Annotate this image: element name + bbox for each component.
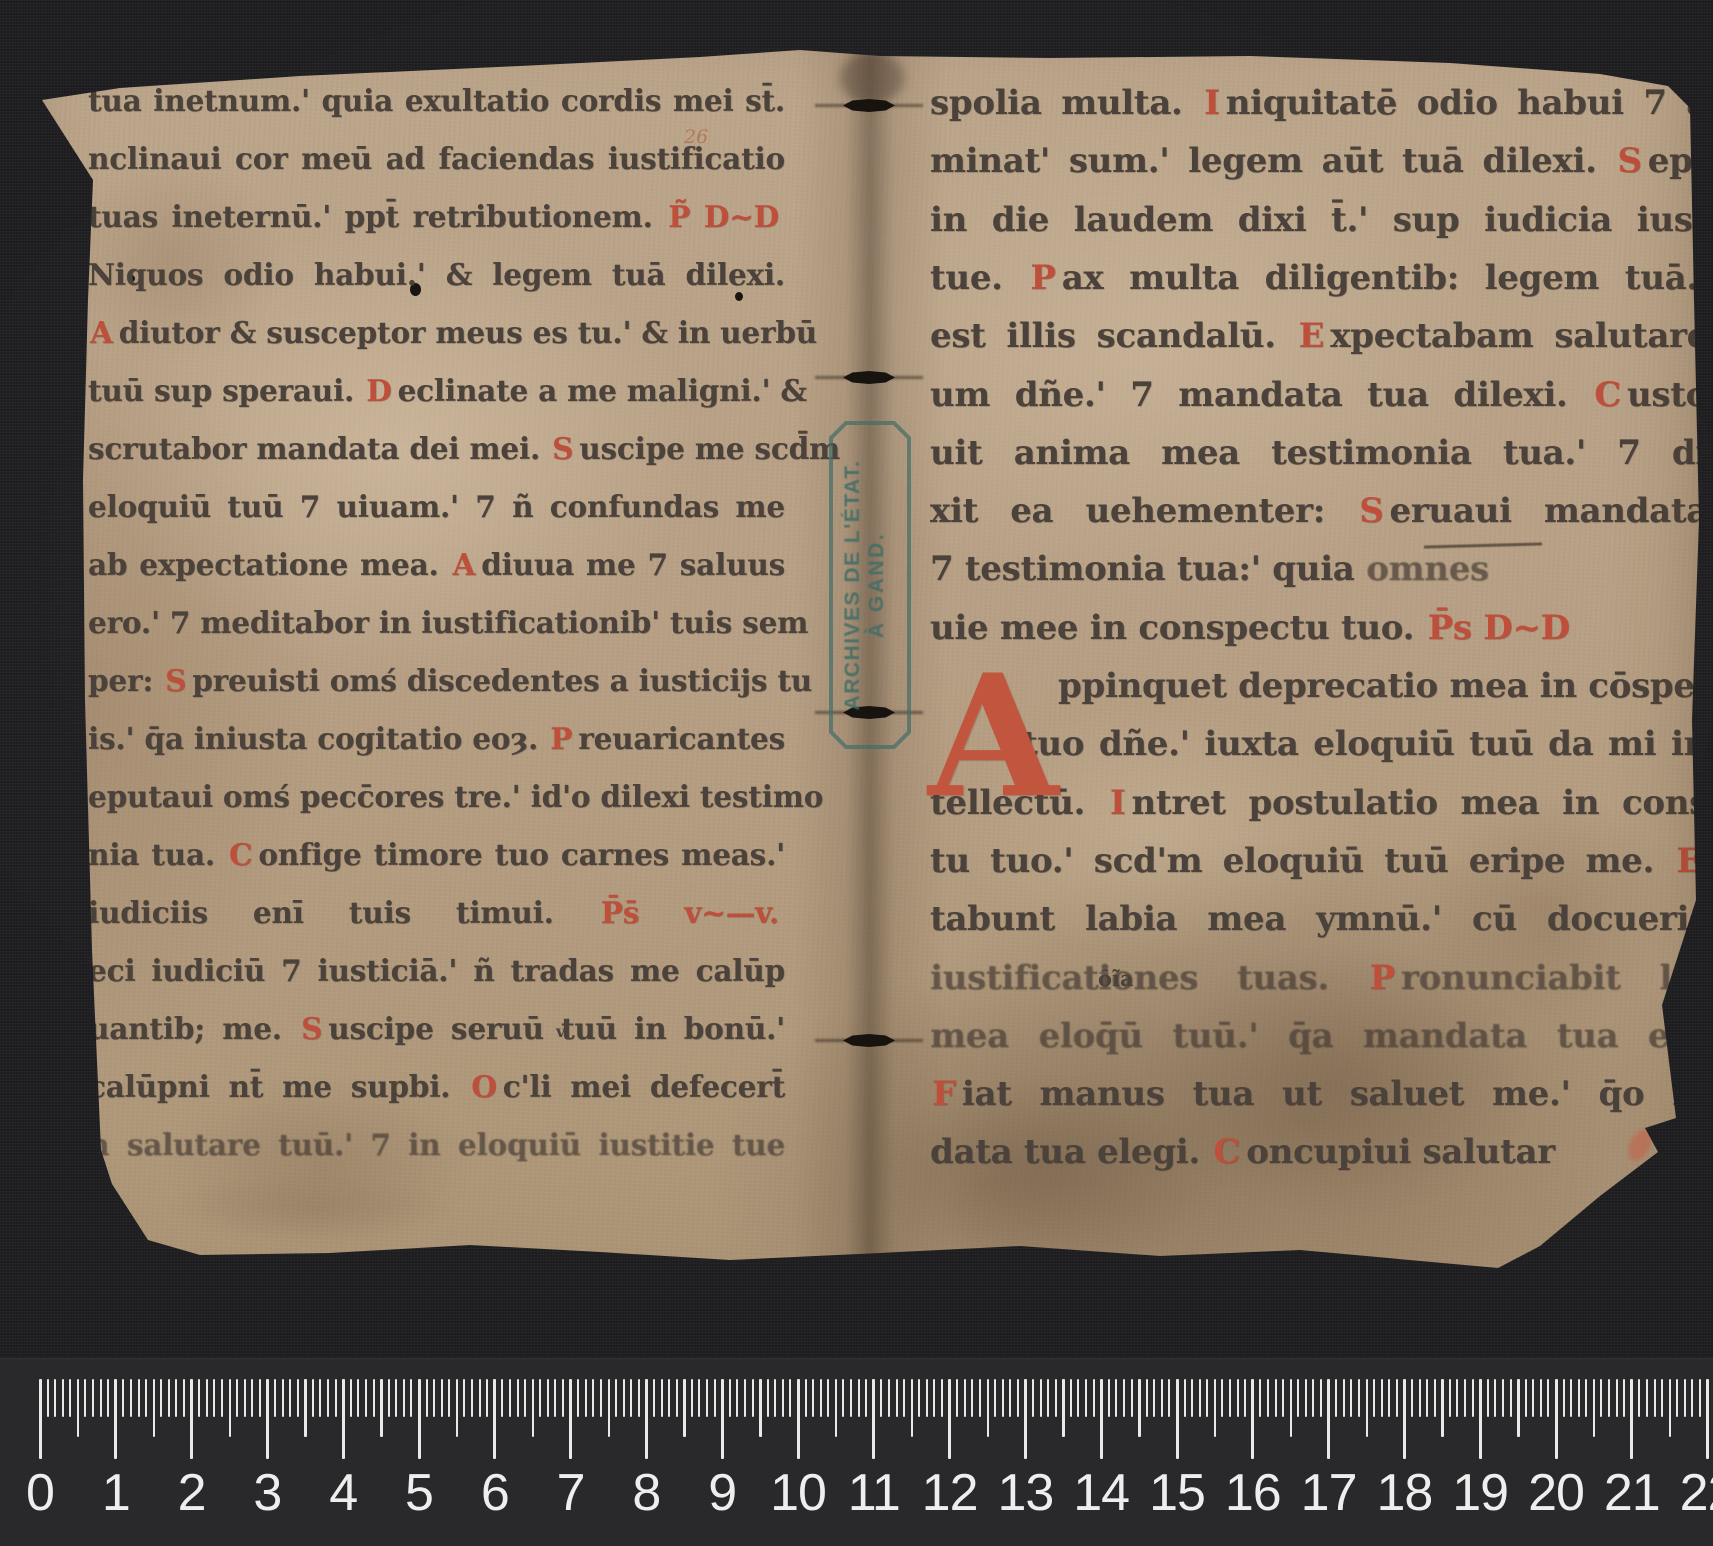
ruler-tick [1040, 1379, 1042, 1417]
left-page-text-column: tua inetnum.' quia exultatio cordis mei … [88, 0, 785, 1250]
ruler-tick [721, 1379, 724, 1459]
ruler-tick [1108, 1379, 1110, 1417]
text-line: uantib; me. Suscipe seruū tuū in bonū.' [88, 1004, 785, 1062]
ruler-tick [1161, 1379, 1163, 1417]
ruler-tick [1343, 1379, 1345, 1417]
ruler-number: 18 [1376, 1463, 1432, 1523]
rubric-text: I [1204, 83, 1220, 123]
ruler-tick [1100, 1379, 1103, 1459]
ruler-tick [1585, 1379, 1587, 1417]
ruler-tick [1616, 1379, 1618, 1417]
ruler-tick [1047, 1379, 1049, 1417]
ruler-tick [714, 1379, 716, 1417]
ruler-tick [259, 1379, 261, 1417]
ruler-tick [729, 1379, 731, 1417]
ruler-tick [956, 1379, 958, 1417]
ruler-tick [388, 1379, 390, 1417]
ink-text: onfige timore tuo carnes meas.' [258, 837, 785, 872]
ink-text: 7 testimonia tua:' quia [930, 549, 1366, 589]
ruler-tick [251, 1379, 253, 1417]
ruler-tick [198, 1379, 200, 1417]
ruler-tick [357, 1379, 359, 1417]
ruler-tick [1115, 1379, 1117, 1417]
ink-text: ntret postulatio mea in cons [1132, 783, 1709, 823]
ruler-number: 12 [922, 1463, 978, 1523]
ruler-tick [493, 1379, 496, 1459]
ink-text: iudiciis enī tuis timui. [88, 895, 599, 930]
ruler-tick [1077, 1379, 1079, 1417]
ruler-tick [168, 1379, 170, 1417]
ruler-tick [842, 1379, 844, 1417]
ink-text: minat' sum.' legem aūt tuā dilexi. [930, 141, 1616, 181]
ruler-tick [1123, 1379, 1125, 1417]
ruler-tick [1555, 1379, 1558, 1459]
rubric-text: O [471, 1069, 497, 1104]
ink-text: ero.' 7 meditabor in iustificationib' tu… [88, 605, 808, 640]
ruler-tick [479, 1379, 481, 1417]
ink-text: tabunt labia mea ymnū.' cū docueris [930, 899, 1708, 939]
ink-text: usto [1627, 375, 1708, 415]
rubric-text: P [1030, 258, 1055, 298]
ruler-tick [47, 1379, 49, 1417]
ruler-tick [964, 1379, 966, 1417]
ruler-tick [1024, 1379, 1027, 1459]
ink-text: iat manus tua ut saluet me.' q̄o m [962, 1074, 1708, 1114]
ruler-tick [797, 1379, 800, 1459]
ink-text: tuo dñe.' iuxta eloquiū tuū da mi in [1022, 724, 1708, 764]
ruler-tick [1623, 1379, 1625, 1417]
ruler-tick [418, 1379, 421, 1459]
ink-text: tuū sup speraui. [88, 373, 364, 408]
ink-text: Niquos odio habui.' & legem tuā dilexi. [88, 257, 785, 292]
ruler-tick [1184, 1379, 1186, 1417]
ruler-tick [153, 1379, 156, 1437]
ruler-tick [1055, 1379, 1057, 1417]
text-line: Fiat manus tua ut saluet me.' q̄o m [930, 1069, 1708, 1127]
ruler-tick [1669, 1379, 1672, 1437]
ruler-tick [623, 1379, 625, 1417]
text-line: is.' q̄a iniusta cogitatio eoȝ. Preuaric… [88, 714, 785, 772]
ruler-number: 16 [1225, 1463, 1281, 1523]
ruler-tick [1706, 1379, 1709, 1459]
ink-text: nclinaui cor meū ad faciendas iustificat… [88, 141, 785, 176]
ruler-tick [1153, 1379, 1155, 1417]
ruler-tick [767, 1379, 769, 1417]
ruler-tick [585, 1379, 587, 1417]
ink-text: tuas ineternū.' ppt̄ retributionem. [88, 199, 666, 234]
ink-text: ppinquet deprecatio mea in cōspect [1058, 666, 1713, 706]
ruler-tick [122, 1379, 124, 1417]
ruler-tick [426, 1379, 428, 1417]
text-line: 7 testimonia tua:' quia omnes [930, 544, 1708, 602]
ruler-tick [1600, 1379, 1602, 1417]
ruler-tick [1699, 1379, 1701, 1417]
interlinear-correction: v [556, 1022, 565, 1041]
ruler-tick [1661, 1379, 1663, 1417]
ruler-tick [274, 1379, 276, 1417]
ruler-tick [1426, 1379, 1428, 1417]
ruler-tick [524, 1379, 526, 1417]
ruler-tick [608, 1379, 611, 1437]
ruler-tick [676, 1379, 678, 1417]
ruler-tick [1221, 1379, 1223, 1417]
rubric-text: P̄s D~D [1428, 608, 1570, 648]
ruler-tick [1630, 1379, 1633, 1459]
text-line: tu tuo.' scd'm eloquiū tuū eripe me. E [930, 836, 1708, 894]
text-line: tuas ineternū.' ppt̄ retributionem. P̃ D… [88, 192, 785, 250]
ruler-number: 4 [329, 1463, 357, 1523]
ruler-tick [517, 1379, 519, 1417]
ink-text: tue. [930, 258, 1028, 298]
ruler-tick [1327, 1379, 1330, 1459]
ink-text: mea eloq̄ū tuū.' q̄a mandata tua eq̄t [930, 1016, 1708, 1056]
ruler-tick [1282, 1379, 1284, 1417]
rubric-text: S [1618, 141, 1642, 181]
large-red-initial-A: A [928, 652, 1058, 820]
ruler-tick [872, 1379, 875, 1459]
text-line: nclinaui cor meū ad faciendas iustificat… [88, 134, 785, 192]
ruler-tick [145, 1379, 147, 1417]
ruler-tick [774, 1379, 776, 1417]
ruler-tick [1259, 1379, 1261, 1417]
ink-text: eruaui mandata [1389, 491, 1708, 531]
ink-text: est illis scandalū. [930, 316, 1297, 356]
ruler-tick [441, 1379, 443, 1417]
ruler-tick [1494, 1379, 1496, 1417]
ruler-tick [600, 1379, 602, 1417]
ruler-tick [1593, 1379, 1596, 1437]
ruler-tick [941, 1379, 943, 1417]
ruler-tick [1525, 1379, 1527, 1417]
ruler-tick [1411, 1379, 1413, 1417]
ruler-tick [403, 1379, 405, 1417]
ink-text: uscipe me scd̄m [579, 431, 840, 466]
text-line: uit anima mea testimonia tua.' 7 di [930, 428, 1708, 486]
ruler-tick [1229, 1379, 1231, 1417]
rubric-text: P̃ D~D [668, 199, 779, 234]
ruler-number: 19 [1452, 1463, 1508, 1523]
ruler-tick [319, 1379, 321, 1417]
ruler-tick [1320, 1379, 1322, 1417]
ink-text: ab expectatione mea. [88, 547, 451, 582]
ruler-tick [244, 1379, 246, 1417]
ink-text: omnes [1366, 549, 1489, 589]
ruler-tick [911, 1379, 914, 1437]
text-line: n salutare tuū.' 7 in eloquiū iustitie t… [88, 1120, 785, 1178]
fold-top-smudge [840, 52, 904, 104]
text-line: iustificationes tuas. Pronunciabit lig [930, 953, 1708, 1011]
ruler-tick [645, 1379, 648, 1459]
ink-text: reuaricantes [578, 721, 785, 756]
ruler-tick [206, 1379, 208, 1417]
ruler-tick [486, 1379, 488, 1417]
ruler-tick [213, 1379, 215, 1417]
ruler-number: 20 [1528, 1463, 1584, 1523]
ink-text: xit ea uehementer: [930, 491, 1357, 531]
ruler-tick [1085, 1379, 1087, 1417]
ink-text: data tua elegi. [930, 1132, 1211, 1172]
ruler-tick [1381, 1379, 1383, 1417]
rubric-text: C [229, 837, 252, 872]
ruler-tick [1654, 1379, 1656, 1417]
ruler-tick [138, 1379, 140, 1417]
ink-text: c'li mei defecert̄ [503, 1069, 785, 1104]
rubric-text: P [550, 721, 572, 756]
ink-text: per: [88, 663, 163, 698]
ruler-tick [1472, 1379, 1474, 1417]
ruler-tick [615, 1379, 617, 1417]
ruler-tick [100, 1379, 102, 1417]
ruler-tick [1251, 1379, 1254, 1459]
ink-text: ept [1648, 141, 1708, 181]
ruler-tick [69, 1379, 71, 1417]
ruler-tick [456, 1379, 459, 1437]
rubric-text: C [1594, 375, 1621, 415]
ruler-tick [1547, 1379, 1549, 1417]
ruler-tick [638, 1379, 640, 1417]
ruler-tick [835, 1379, 838, 1437]
text-line: Niquos odio habui.' & legem tuā dilexi. [88, 250, 785, 308]
ruler-tick [1510, 1379, 1512, 1417]
ruler-tick [342, 1379, 345, 1459]
ruler-tick [1479, 1379, 1482, 1459]
ruler-tick [1312, 1379, 1314, 1417]
ruler-tick [1070, 1379, 1072, 1417]
ruler-tick [114, 1379, 117, 1459]
text-line: per: Spreuisti omś discedentes a iustici… [88, 656, 785, 714]
ruler-tick [1578, 1379, 1580, 1417]
ruler-tick [84, 1379, 86, 1417]
text-line: ab expectatione mea. Adiuua me 7 saluus [88, 540, 785, 598]
ink-text: eclinate a me maligni.' & [398, 373, 807, 408]
ruler-number: 14 [1073, 1463, 1129, 1523]
ruler-tick [62, 1379, 64, 1417]
rubric-text: F [932, 1074, 956, 1114]
ruler-tick [805, 1379, 807, 1417]
ruler-tick [896, 1379, 898, 1417]
ruler-tick [1032, 1379, 1034, 1417]
ruler-tick [661, 1379, 663, 1417]
ruler-tick [706, 1379, 708, 1417]
text-line: eci iudiciū 7 iusticiā.' ñ tradas me cal… [88, 946, 785, 1004]
ink-text: xpectabam salutare [1330, 316, 1708, 356]
ink-text: diuua me 7 saluus [481, 547, 785, 582]
ruler-tick [395, 1379, 397, 1417]
text-line: um dñe.' 7 mandata tua dilexi. Custo [930, 370, 1708, 428]
ink-text: in die laudem dixi t̄.' sup iudicia iust [930, 200, 1708, 240]
ruler-tick [630, 1379, 632, 1417]
interlinear-gloss: ōĩa [1098, 966, 1134, 991]
ink-text: n salutare tuū.' 7 in eloquiū iustitie t… [88, 1127, 785, 1162]
text-line: scrutabor mandata dei mei. Suscipe me sc… [88, 424, 785, 482]
marginal-mark: 26 [684, 126, 708, 148]
ruler-tick [752, 1379, 754, 1417]
ruler-tick [1138, 1379, 1141, 1437]
ruler-tick [54, 1379, 56, 1417]
ink-text: iustificationes tuas. [930, 958, 1368, 998]
ruler-tick [350, 1379, 352, 1417]
ruler-tick [1350, 1379, 1352, 1417]
ink-text: uantib; me. [88, 1011, 299, 1046]
text-line: spolia multa. Iniquitatē odio habui 7 a [930, 78, 1708, 136]
ruler-tick [569, 1379, 572, 1459]
ruler-number: 21 [1604, 1463, 1660, 1523]
ruler-tick [1191, 1379, 1193, 1417]
ink-text: um dñe.' 7 mandata tua dilexi. [930, 375, 1592, 415]
ruler-tick [1419, 1379, 1421, 1417]
rubric-text: S [552, 431, 573, 466]
ruler-tick [1396, 1379, 1398, 1417]
ruler-tick [926, 1379, 928, 1417]
ruler-tick [282, 1379, 284, 1417]
ruler-tick [1206, 1379, 1208, 1417]
ruler-tick [1563, 1379, 1565, 1417]
ruler-tick [433, 1379, 435, 1417]
rubric-text: C [1213, 1132, 1240, 1172]
ruler-tick [782, 1379, 784, 1417]
ruler-tick [289, 1379, 291, 1417]
text-line: xit ea uehementer: Seruaui mandata [930, 486, 1708, 544]
ruler-tick [1168, 1379, 1170, 1417]
ruler-number: 17 [1301, 1463, 1357, 1523]
ruler-tick [1608, 1379, 1610, 1417]
rubric-text: E [1299, 316, 1325, 356]
ruler-number: 9 [708, 1463, 736, 1523]
ruler-tick [858, 1379, 860, 1417]
ruler-number: 0 [26, 1463, 54, 1523]
text-line: mea eloq̄ū tuū.' q̄a mandata tua eq̄t [930, 1011, 1708, 1069]
ruler-tick [1244, 1379, 1246, 1417]
archive-stamp: ARCHIVES DE L'ÉTAT. À GAND. [828, 420, 912, 750]
ruler-tick [509, 1379, 511, 1417]
ruler-tick [1275, 1379, 1277, 1417]
ruler-tick [107, 1379, 109, 1417]
ruler-tick [744, 1379, 746, 1417]
ruler-tick [1373, 1379, 1375, 1417]
ruler-tick [190, 1379, 193, 1459]
ruler-tick [1487, 1379, 1489, 1417]
ink-text: niquitatē odio habui 7 a [1226, 83, 1708, 123]
ruler-tick [918, 1379, 920, 1417]
ink-text: oncupiui salutar [1246, 1132, 1555, 1172]
ruler-tick [691, 1379, 693, 1417]
rubric-text: D [366, 373, 391, 408]
ink-text: eloquiū tuū 7 uiuam.' 7 ñ confundas me [88, 489, 785, 524]
ink-text: nia tua. [88, 837, 227, 872]
ruler-tick [1366, 1379, 1369, 1437]
text-line: tua inetnum.' quia exultatio cordis mei … [88, 76, 785, 134]
ruler-tick [448, 1379, 450, 1417]
ruler-tick [888, 1379, 890, 1417]
ruler-tick [312, 1379, 314, 1417]
ruler-tick [653, 1379, 655, 1417]
ruler-tick [532, 1379, 535, 1437]
ruler-tick [1237, 1379, 1239, 1417]
ruler-tick [1676, 1379, 1678, 1417]
ruler-number: 22 [1680, 1463, 1713, 1523]
ruler-tick [1434, 1379, 1436, 1417]
ruler-number: 5 [405, 1463, 433, 1523]
ruler-tick [1388, 1379, 1390, 1417]
ruler-tick [365, 1379, 367, 1417]
ruler-tick [933, 1379, 935, 1417]
ruler-tick [668, 1379, 670, 1417]
ruler-tick [380, 1379, 383, 1437]
ruler-tick [1146, 1379, 1148, 1417]
ink-text: eputaui omś pecc̄ores tre.' id'o dilexi … [88, 779, 823, 814]
rubric-text: I [1110, 783, 1126, 823]
pencil-folio-number-left: 772- [329, 45, 389, 76]
ruler-tick [789, 1379, 791, 1417]
ink-text: uit anima mea testimonia tua.' 7 di [930, 433, 1708, 473]
ruler-tick [1267, 1379, 1269, 1417]
ruler-tick [683, 1379, 686, 1437]
ruler-tick [183, 1379, 185, 1417]
text-line: calūpni nt̄ me supbi. Oc'li mei defecert… [88, 1062, 785, 1120]
ruler-tick [994, 1379, 996, 1417]
ruler-tick [577, 1379, 579, 1417]
ink-text: eci iudiciū 7 iusticiā.' ñ tradas me cal… [88, 953, 785, 988]
ruler-tick [1176, 1379, 1179, 1459]
ruler-tick [865, 1379, 867, 1417]
ruler-tick [1502, 1379, 1504, 1417]
ruler-number: 1 [102, 1463, 130, 1523]
ruler-tick [1684, 1379, 1686, 1417]
ruler-tick [160, 1379, 162, 1417]
ink-text: tua inetnum.' quia exultatio cordis mei … [88, 83, 785, 118]
ruler-number: 7 [557, 1463, 585, 1523]
ruler-tick [987, 1379, 990, 1437]
ruler-tick [236, 1379, 238, 1417]
ruler-tick [1638, 1379, 1640, 1417]
ruler-tick [373, 1379, 375, 1417]
ruler-tick [979, 1379, 981, 1417]
ruler-tick [554, 1379, 556, 1417]
ruler-tick [539, 1379, 541, 1417]
ruler-tick [1093, 1379, 1095, 1417]
ruler-number: 3 [253, 1463, 281, 1523]
ink-text: scrutabor mandata dei mei. [88, 431, 550, 466]
ruler-tick [903, 1379, 905, 1417]
ink-text: ronunciabit lig [1401, 958, 1708, 998]
text-line: eputaui omś pecc̄ores tre.' id'o dilexi … [88, 772, 785, 830]
ruler-tick [327, 1379, 329, 1417]
ruler-tick [471, 1379, 473, 1417]
ruler-tick [130, 1379, 132, 1417]
ruler-tick [1456, 1379, 1458, 1417]
rubric-text: A [90, 315, 113, 350]
ruler-number: 6 [481, 1463, 509, 1523]
ruler-tick [1214, 1379, 1217, 1437]
text-line: iudiciis enī tuis timui. P̄s̄ v~—v. [88, 888, 785, 946]
ruler-tick [1532, 1379, 1534, 1417]
ink-text: diutor & susceptor meus es tu.' & in uer… [119, 315, 817, 350]
rubric-text: P [1370, 958, 1395, 998]
ruler-tick [39, 1379, 42, 1459]
ruler-tick [229, 1379, 232, 1437]
text-line: in die laudem dixi t̄.' sup iudicia iust [930, 195, 1708, 253]
ruler-tick [1358, 1379, 1360, 1417]
ruler-tick [547, 1379, 549, 1417]
text-line: eloquiū tuū 7 uiuam.' 7 ñ confundas me [88, 482, 785, 540]
text-line: nia tua. Confige timore tuo carnes meas.… [88, 830, 785, 888]
ink-text: tu tuo.' scd'm eloquiū tuū eripe me. [930, 841, 1674, 881]
ink-text: preuisti omś discedentes a iusticijs tu [192, 663, 812, 698]
ruler-tick [1305, 1379, 1307, 1417]
ruler-tick [1540, 1379, 1542, 1417]
ruler-tick [1570, 1379, 1572, 1417]
ruler-tick [698, 1379, 700, 1417]
